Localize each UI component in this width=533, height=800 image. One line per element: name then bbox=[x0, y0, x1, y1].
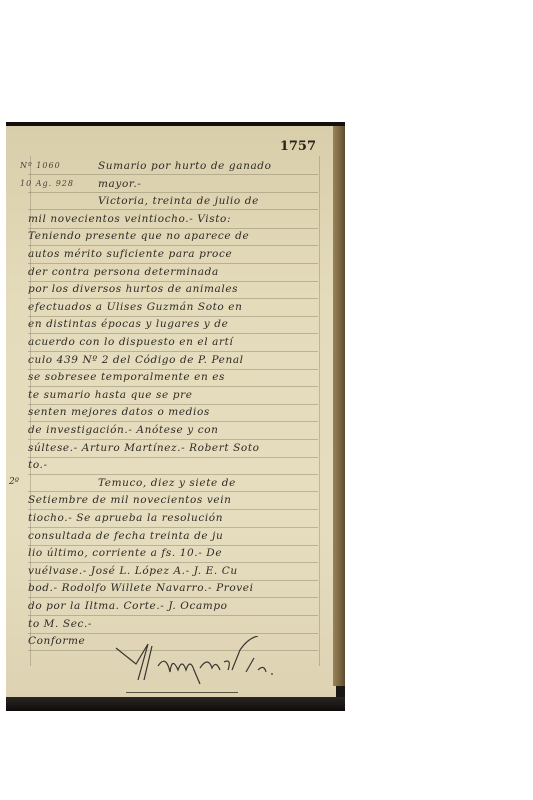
handwritten-line: Sumario por hurto de ganado bbox=[28, 158, 318, 175]
margin-note: 10 Ag. 928 bbox=[20, 179, 74, 188]
handwritten-line: en distintas épocas y lugares y de bbox=[28, 316, 318, 334]
document-photo: 1757 Sumario por hurto de ganadomayor.-V… bbox=[6, 122, 345, 711]
handwritten-line: Setiembre de mil novecientos vein bbox=[28, 492, 318, 510]
signature bbox=[108, 636, 308, 686]
handwritten-line: te sumario hasta que se pre bbox=[28, 387, 318, 405]
handwritten-line: to.- bbox=[28, 457, 318, 475]
handwritten-line: culo 439 Nº 2 del Código de P. Penal bbox=[28, 352, 318, 370]
handwritten-line: por los diversos hurtos de animales bbox=[28, 281, 318, 299]
handwritten-line: Victoria, treinta de julio de bbox=[28, 193, 318, 210]
page-edge-binding bbox=[333, 126, 345, 686]
handwritten-line: autos mérito suficiente para proce bbox=[28, 246, 318, 264]
entry-number-marker: 2º bbox=[9, 477, 19, 487]
handwritten-line: der contra persona determinada bbox=[28, 264, 318, 282]
handwritten-line: súltese.- Arturo Martínez.- Robert Soto bbox=[28, 440, 318, 458]
handwritten-entry: Sumario por hurto de ganadomayor.-Victor… bbox=[6, 126, 336, 698]
handwritten-line: tiocho.- Se aprueba la resolución bbox=[28, 510, 318, 528]
handwritten-line: senten mejores datos o medios bbox=[28, 404, 318, 422]
bottom-shadow bbox=[6, 697, 345, 711]
handwritten-line: de investigación.- Anótese y con bbox=[28, 422, 318, 440]
handwritten-line: efectuados a Ulises Guzmán Soto en bbox=[28, 299, 318, 317]
handwritten-line: do por la Iltma. Corte.- J. Ocampo bbox=[28, 598, 318, 616]
handwritten-line: Temuco, diez y siete de bbox=[28, 475, 318, 492]
handwritten-line: vuélvase.- José L. López A.- J. E. Cu bbox=[28, 563, 318, 581]
closing-rule bbox=[126, 692, 238, 693]
margin-note: Nº 1060 bbox=[20, 161, 61, 170]
handwritten-line: se sobresee temporalmente en es bbox=[28, 369, 318, 387]
handwritten-line: mil novecientos veintiocho.- Visto: bbox=[28, 211, 318, 229]
handwritten-line: lio último, corriente a fs. 10.- De bbox=[28, 545, 318, 563]
handwritten-line: consultada de fecha treinta de ju bbox=[28, 528, 318, 546]
handwritten-line: to M. Sec.- bbox=[28, 616, 318, 634]
handwritten-line: acuerdo con lo dispuesto en el artí bbox=[28, 334, 318, 352]
handwritten-line: bod.- Rodolfo Willete Navarro.- Provei bbox=[28, 580, 318, 598]
ledger-page: 1757 Sumario por hurto de ganadomayor.-V… bbox=[6, 126, 336, 698]
handwritten-line: Teniendo presente que no aparece de bbox=[28, 228, 318, 246]
